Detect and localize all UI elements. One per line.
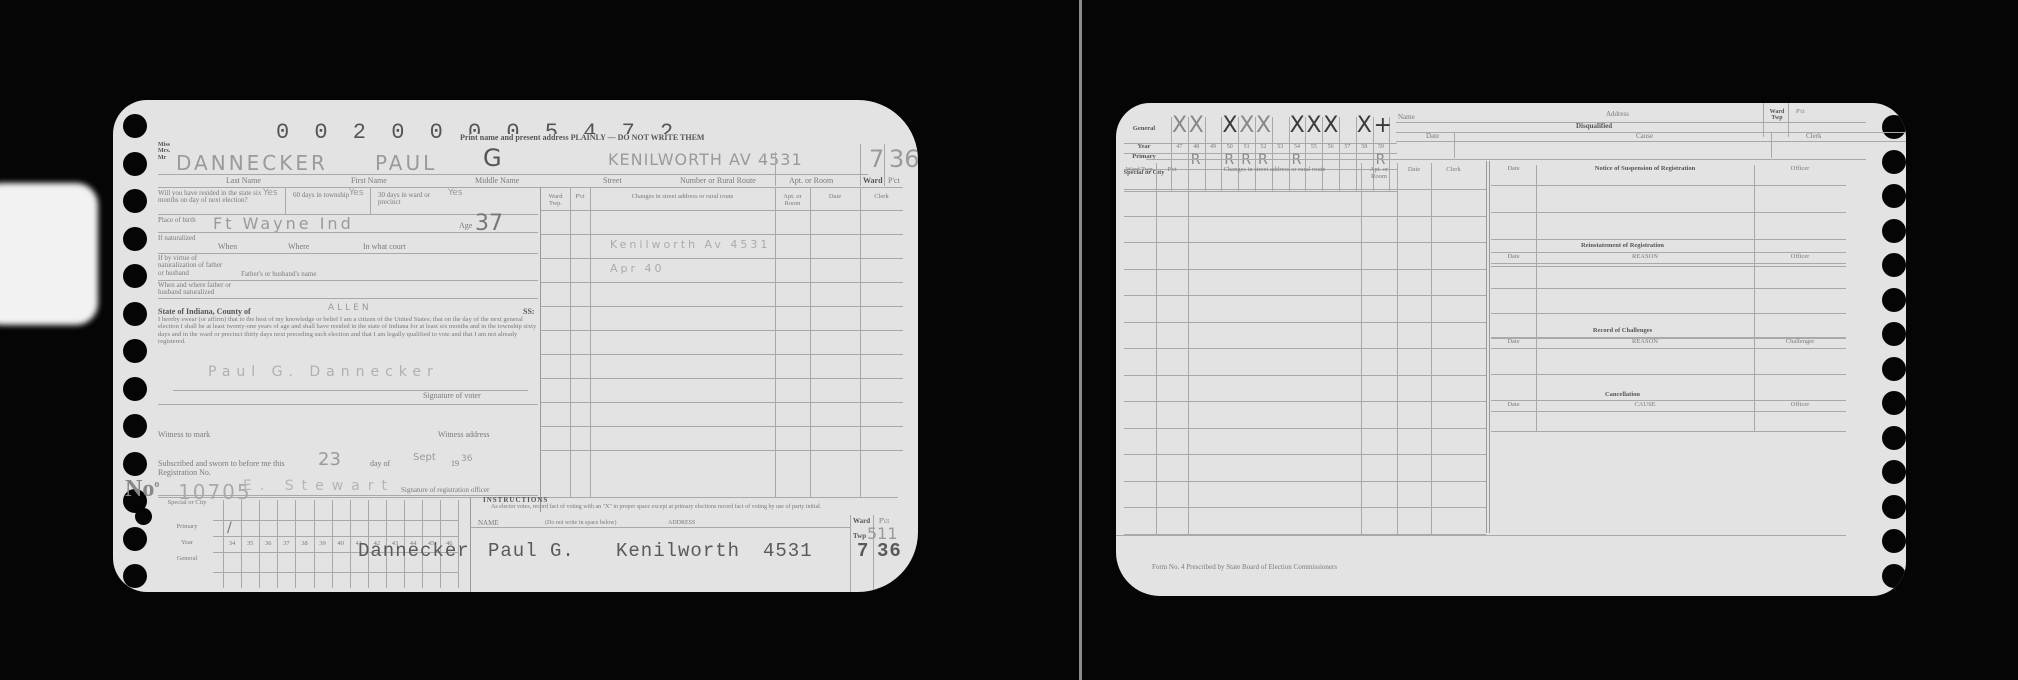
label-cause: Cause <box>1636 133 1653 140</box>
punch-hole <box>123 114 147 138</box>
grid-year: 51 <box>1238 144 1255 150</box>
label-address: ADDRESS <box>668 520 695 526</box>
subscribed-month: Sept <box>413 452 436 463</box>
grid-year: 59 <box>1373 144 1390 150</box>
registration-card-front: 0 0 2 0 0 0 0 5 4 7 2 Print name and pre… <box>113 100 918 592</box>
label-registration-no: Registration No. <box>158 469 211 477</box>
grid-row-label: Year <box>1118 144 1170 151</box>
punch-hole <box>1882 564 1906 588</box>
punch-hole <box>123 414 147 438</box>
label-signature-voter: Signature of voter <box>423 392 481 400</box>
label-middle-name: Middle Name <box>475 177 519 185</box>
punch-hole <box>123 264 147 288</box>
punch-hole <box>1882 495 1906 519</box>
column-header: Date <box>1491 254 1536 261</box>
oath-text: I hereby swear (or affirm) that to the b… <box>158 316 540 346</box>
voter-signature: Paul G. Dannecker <box>208 364 439 380</box>
a-state-residence: Yes <box>263 188 278 198</box>
form-footer: Form No. 4 Prescribed by State Board of … <box>1152 564 1337 571</box>
punch-hole <box>1882 184 1906 208</box>
label-witness-address: Witness address <box>438 431 489 439</box>
handwritten-last-name: DANNECKER <box>176 151 328 175</box>
reinstatement-title: Reinstatement of Registration <box>1491 243 1754 250</box>
punch-hole <box>1882 426 1906 450</box>
grid-year: 55 <box>1305 144 1322 150</box>
label-where: Where <box>288 243 309 251</box>
small-punch-hole <box>135 508 152 525</box>
grid-year: 56 <box>1322 144 1339 150</box>
grid-year: 40 <box>332 541 350 548</box>
punch-hole <box>123 189 147 213</box>
label-pct-back: P'ct <box>1796 109 1805 115</box>
column-header: Date <box>812 194 858 201</box>
label-number-route: Number or Rural Route <box>680 177 756 185</box>
label-pct: P'ct <box>888 177 900 185</box>
punch-hole <box>123 152 147 176</box>
column-header: Officer <box>1754 254 1846 261</box>
cancellation-title: Cancellation <box>1491 392 1754 399</box>
punch-hole <box>1882 460 1906 484</box>
punch-hole <box>1882 115 1906 139</box>
general-vote-mark: X <box>1172 115 1187 137</box>
label-what-court: In what court <box>363 243 406 251</box>
label-ward-twp-back: Ward Twp <box>1767 109 1787 122</box>
punch-hole <box>123 302 147 326</box>
punch-hole <box>1882 219 1906 243</box>
grid-year: 39 <box>314 541 332 548</box>
column-header: Changes in street address or rural route <box>592 194 773 201</box>
punch-hole <box>1882 150 1906 174</box>
column-header: Challenger <box>1754 339 1846 346</box>
handwritten-ward: 7 <box>869 145 884 173</box>
a-ward-residence: Yes <box>448 188 463 198</box>
grid-row-label: General <box>158 556 216 563</box>
q-township-residence: 60 days in township <box>293 192 353 199</box>
grid-year: 35 <box>241 541 259 548</box>
column-header: P'ct <box>572 194 588 201</box>
grid-year: 50 <box>1221 144 1238 150</box>
primary-vote-mark: R <box>1224 153 1234 167</box>
light-glare <box>0 183 98 325</box>
label-father-husband-name: Father's or husband's name <box>241 271 316 278</box>
challenges-title: Record of Challenges <box>1491 328 1754 335</box>
frame-divider <box>1079 0 1082 680</box>
label-when-where-father: When and where father or husband natural… <box>158 282 238 297</box>
label-address-back: Address <box>1606 111 1629 118</box>
column-header: Clerk <box>862 194 901 201</box>
grid-year: 58 <box>1356 144 1373 150</box>
column-header: Ward Twp. <box>543 194 568 208</box>
a-township-residence: Yes <box>349 188 364 198</box>
general-vote-mark: X <box>1357 115 1372 137</box>
typed-street: Kenilworth <box>616 540 740 562</box>
label-clerk-disqualified: Clerk <box>1806 133 1822 140</box>
punch-hole <box>1882 253 1906 277</box>
grid-year: 48 <box>1188 144 1205 150</box>
grid-year: 47 <box>1171 144 1188 150</box>
grid-row-label: General <box>1118 126 1170 133</box>
label-name-back: Name <box>1398 114 1415 121</box>
subscribed-day-of: day of <box>370 460 390 468</box>
q-ward-residence: 30 days in ward or precinct <box>378 192 448 207</box>
column-header: P'ct <box>1157 167 1187 174</box>
subscribed-year: 36 <box>461 454 472 464</box>
column-header: Changes in street address or rural route <box>1189 167 1360 174</box>
column-header: Date <box>1491 402 1536 409</box>
column-header: Date <box>1491 339 1536 346</box>
instructions-note: (Do not write in space below) <box>545 520 616 526</box>
column-header: REASON <box>1536 339 1754 346</box>
punch-hole <box>123 527 147 551</box>
primary-vote-mark: R <box>1258 153 1268 167</box>
label-naturalized: If naturalized <box>158 235 208 242</box>
column-header: Clerk <box>1432 167 1475 174</box>
disqualified-heading: Disqualified <box>1576 123 1612 130</box>
punch-hole <box>1882 322 1906 346</box>
label-when: When <box>218 243 237 251</box>
primary-vote-mark: R <box>1191 153 1201 167</box>
punch-hole <box>1882 391 1906 415</box>
typed-first-name: Paul G. <box>488 540 575 562</box>
general-vote-mark: X <box>1290 115 1305 137</box>
instructions-text: As elector votes, record fact of voting … <box>491 504 871 511</box>
handwritten-middle-initial: G <box>483 144 505 172</box>
grid-year: 53 <box>1272 144 1289 150</box>
grid-year: 36 <box>259 541 277 548</box>
label-first-name: First Name <box>351 177 387 185</box>
grid-year: 57 <box>1339 144 1356 150</box>
subscribed-year-prefix: 19 <box>451 460 459 468</box>
column-header: REASON <box>1536 254 1754 261</box>
punch-hole <box>123 377 147 401</box>
column-header: Apt. or Room <box>777 194 808 208</box>
grid-year: 38 <box>295 541 313 548</box>
column-header: Officer <box>1754 166 1846 173</box>
grid-year: 37 <box>277 541 295 548</box>
grid-row-label: Special or City <box>158 500 216 507</box>
label-date-disqualified: Date <box>1426 133 1439 140</box>
typed-number: 4531 <box>763 540 813 562</box>
general-vote-mark: X <box>1256 115 1271 137</box>
q-state-residence: Will you have resided in the state six m… <box>158 190 268 205</box>
label-apt: Apt. or Room <box>789 177 833 185</box>
handwritten-street: KENILWORTH AV 4531 <box>608 150 803 169</box>
handwritten-first-name: PAUL <box>375 151 437 175</box>
punch-hole <box>123 339 147 363</box>
primary-vote-mark: R <box>1376 153 1386 167</box>
primary-mark: / <box>227 521 232 535</box>
general-vote-mark: X <box>1239 115 1254 137</box>
general-vote-mark: X <box>1222 115 1237 137</box>
oath-county: ALLEN <box>328 303 372 313</box>
label-witness-mark: Witness to mark <box>158 431 210 439</box>
place-of-birth-value: Ft Wayne Ind <box>213 214 354 233</box>
typed-pct: 36 <box>877 540 902 562</box>
punch-hole <box>1882 288 1906 312</box>
grid-row-label: Primary <box>158 524 216 531</box>
label-officer-signature: Signature of registration officer <box>401 487 489 494</box>
general-vote-mark: X <box>1189 115 1204 137</box>
grid-year: 54 <box>1289 144 1306 150</box>
handwritten-pct: 36 <box>889 145 918 173</box>
punch-hole <box>123 227 147 251</box>
punch-hole <box>1882 529 1906 553</box>
label-ward: Ward <box>863 177 883 185</box>
label-last-name: Last Name <box>226 177 261 185</box>
subscribed-day: 23 <box>318 449 341 470</box>
punch-hole <box>123 452 147 476</box>
column-header: Ward Twp. <box>1125 167 1155 174</box>
punch-hole <box>123 564 147 588</box>
label-street: Street <box>603 177 622 185</box>
grid-year: 52 <box>1255 144 1272 150</box>
table-cell: Apr 40 <box>610 262 665 275</box>
table-cell: Kenilworth Av 4531 <box>610 238 770 251</box>
column-header: CAUSE <box>1536 402 1754 409</box>
grid-row-label: Year <box>158 540 216 547</box>
primary-vote-mark: R <box>1241 153 1251 167</box>
label-place-of-birth: Place of birth <box>158 217 198 224</box>
typed-ward: 7 <box>857 540 869 562</box>
officer-signature: E. Stewart <box>243 478 395 494</box>
general-vote-mark: + <box>1374 115 1392 137</box>
column-header: Date <box>1491 166 1536 173</box>
column-header: Officer <box>1754 402 1846 409</box>
typed-last-name: Dannecker <box>358 540 470 562</box>
column-header: Notice of Suspension of Registration <box>1536 166 1754 173</box>
header-instruction: Print name and present address PLAINLY —… <box>458 134 704 142</box>
primary-vote-mark: R <box>1292 153 1302 167</box>
label-age: Age <box>459 222 472 230</box>
number-mark: Noo <box>125 476 159 503</box>
general-vote-mark: X <box>1323 115 1338 137</box>
punch-hole <box>1882 357 1906 381</box>
label-virtue-naturalization: If by virtue of naturalization of father… <box>158 255 228 277</box>
registration-card-back: GeneralYearPrimarySpecial or City47X48XR… <box>1116 103 1906 596</box>
column-header: Date <box>1398 167 1430 174</box>
grid-year: 34 <box>223 541 241 548</box>
column-header: Apt. or Room <box>1362 167 1396 181</box>
title-prefix: Miss Mrs. Mr <box>158 142 174 161</box>
grid-year: 49 <box>1205 144 1222 150</box>
general-vote-mark: X <box>1306 115 1321 137</box>
